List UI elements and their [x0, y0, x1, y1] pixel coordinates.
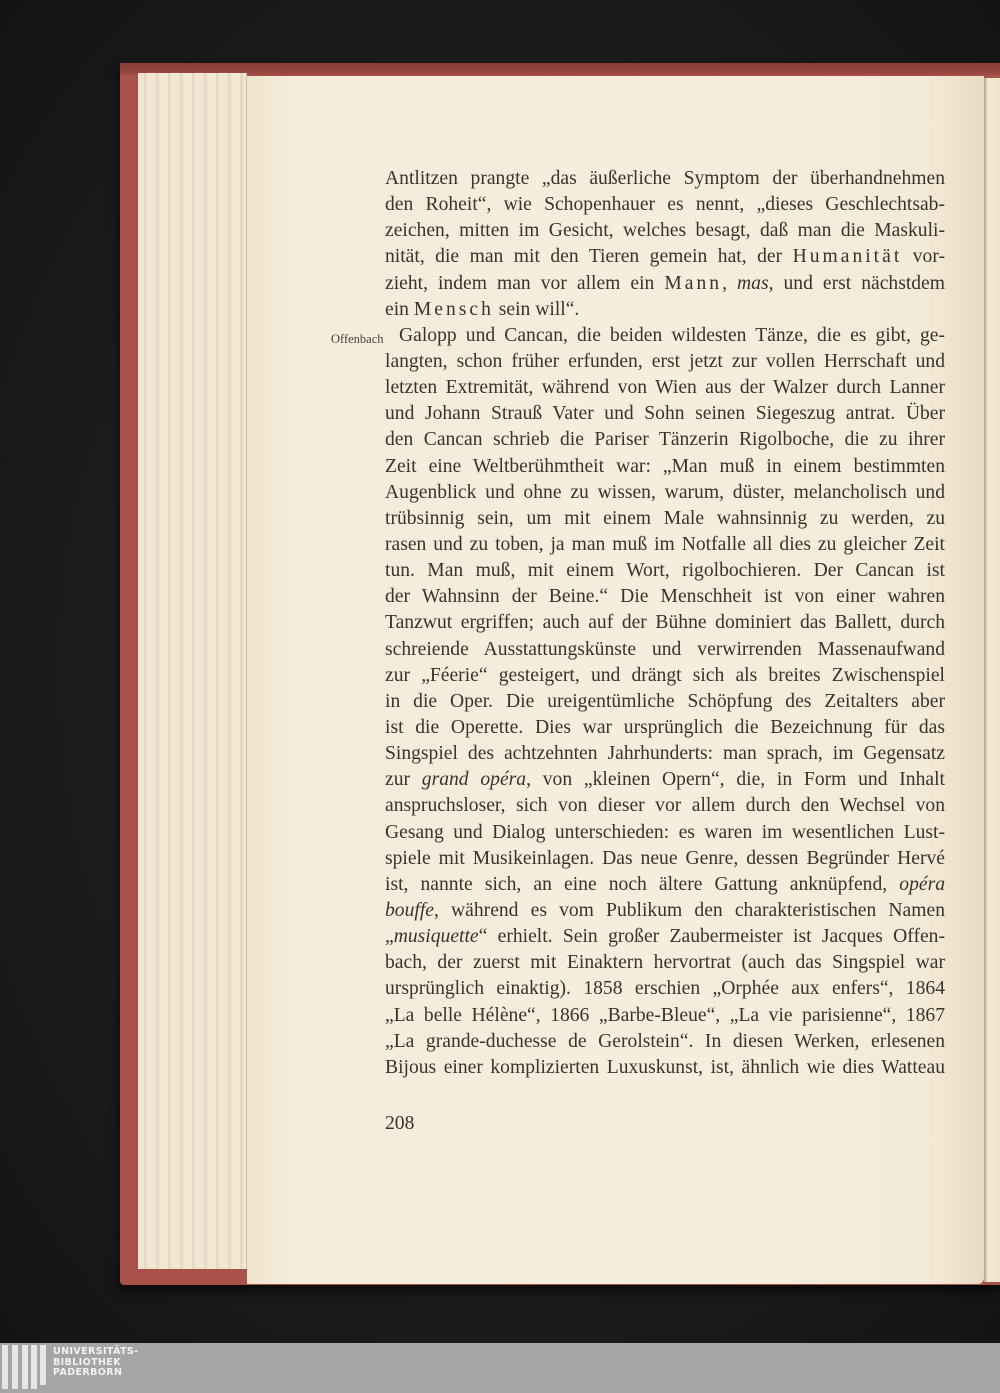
text-line: den Cancan schrieb die Pariser Tänzerin …: [385, 427, 945, 453]
body-text: Antlitzen prangte „das äußerliche Sympto…: [385, 166, 945, 1081]
text-line: zieht, indem man vor allem ein Mann, mas…: [385, 271, 945, 297]
text-line: rasen und zu toben, ja man muß im Notfal…: [385, 532, 945, 558]
logo-bar: [31, 1345, 37, 1389]
text-line: langten, schon früher erfunden, erst jet…: [385, 349, 945, 375]
text-segment: zur: [385, 769, 422, 790]
text-line: zur grand opéra, von „kleinen Opern“, di…: [385, 767, 945, 793]
text-line: schreiende Ausstattungskünste und verwir…: [385, 637, 945, 663]
page-block-edges: [138, 73, 247, 1269]
text-line: bouffe, während es vom Publikum den char…: [385, 898, 945, 924]
text-line: ist, nannte sich, an eine noch ältere Ga…: [385, 872, 945, 898]
margin-note: Offenbach: [331, 332, 384, 347]
text-segment: nität, die man mit den Tieren gemein hat…: [385, 246, 793, 267]
logo-text-line: PADERBORN: [53, 1368, 139, 1379]
text-line: Bijous einer komplizierten Luxuskunst, i…: [385, 1055, 945, 1081]
text-line: Tanzwut ergriffen; auch auf der Bühne do…: [385, 610, 945, 636]
text-segment: ist, nannte sich, an eine noch ältere Ga…: [385, 874, 899, 895]
spaced-word: Mann: [664, 273, 722, 294]
text-segment: sein will“.: [494, 299, 579, 320]
library-footer: UNIVERSITÄTS- BIBLIOTHEK PADERBORN: [0, 1343, 1000, 1393]
spaced-word: Mensch: [414, 299, 494, 320]
library-logo-text: UNIVERSITÄTS- BIBLIOTHEK PADERBORN: [53, 1347, 139, 1379]
italic-word: grand opéra: [422, 769, 526, 790]
text-segment: ,: [722, 273, 737, 294]
text-line: zur „Féerie“ gesteigert, und drängt sich…: [385, 663, 945, 689]
text-line: „La grande-duchesse de Gerolstein“. In d…: [385, 1029, 945, 1055]
text-line: ist die Operette. Dies war ursprünglich …: [385, 715, 945, 741]
paragraph-first-line: Galopp und Cancan, die beiden wildesten …: [385, 323, 945, 349]
text-segment: “ erhielt. Sein großer Zaubermeister ist…: [479, 926, 945, 947]
text-line: trübsinnig sein, um mit einem Male wahns…: [385, 506, 945, 532]
text-segment: , während es vom Publikum den charakteri…: [434, 900, 945, 921]
text-line: „musiquette“ erhielt. Sein großer Zauber…: [385, 924, 945, 950]
text-segment: , und erst nächstdem: [769, 273, 945, 294]
library-logo-icon: [2, 1345, 46, 1391]
text-line: den Roheit“, wie Schopenhauer es nennt, …: [385, 192, 945, 218]
text-line: ursprünglich einaktig). 1858 erschien „O…: [385, 976, 945, 1002]
text-line: letzten Extremität, während von Wien aus…: [385, 375, 945, 401]
italic-word: musiquette: [394, 926, 479, 947]
text-line: tun. Man muß, mit einem Wort, rigolbochi…: [385, 558, 945, 584]
text-line: ein Mensch sein will“.: [385, 297, 945, 323]
text-line: nität, die man mit den Tieren gemein hat…: [385, 244, 945, 270]
logo-bar: [40, 1345, 46, 1385]
text-line: zeichen, mitten im Gesicht, welches besa…: [385, 218, 945, 244]
logo-bar: [22, 1345, 28, 1389]
next-page-edge: [984, 78, 1000, 1282]
text-segment: vor-: [902, 246, 945, 267]
text-line: Gesang und Dialog unterschieden: es ware…: [385, 820, 945, 846]
text-line: bach, der zuerst mit Einaktern hervortra…: [385, 950, 945, 976]
italic-word: mas: [737, 273, 769, 294]
logo-text-line: UNIVERSITÄTS-: [53, 1347, 139, 1358]
text-line: in die Oper. Die ureigentümliche Schöpfu…: [385, 689, 945, 715]
italic-word: opéra: [899, 874, 945, 895]
italic-word: bouffe: [385, 900, 434, 921]
text-segment: , von „kleinen Opern“, die, in Form und …: [526, 769, 945, 790]
logo-bar: [2, 1345, 8, 1389]
text-segment: ein: [385, 299, 414, 320]
spaced-word: Humanität: [793, 246, 903, 267]
page-number: 208: [385, 1113, 414, 1135]
text-line: Zeit eine Weltberühmtheit war: „Man muß …: [385, 454, 945, 480]
text-line: spiele mit Musikeinlagen. Das neue Genre…: [385, 846, 945, 872]
text-line: Antlitzen prangte „das äußerliche Sympto…: [385, 166, 945, 192]
text-line: „La belle Hélène“, 1866 „Barbe-Bleue“, „…: [385, 1003, 945, 1029]
logo-bar: [12, 1345, 18, 1389]
text-line: der Wahnsinn der Beine.“ Die Menschheit …: [385, 584, 945, 610]
text-line: anspruchsloser, sich von dieser vor alle…: [385, 793, 945, 819]
text-line: Singspiel des achtzehnten Jahrhunderts: …: [385, 741, 945, 767]
text-line: und Johann Strauß Vater und Sohn seinen …: [385, 401, 945, 427]
text-line: Augenblick und ohne zu wissen, warum, dü…: [385, 480, 945, 506]
book-cover-top-edge: [120, 63, 1000, 75]
text-segment: „: [385, 926, 394, 947]
text-segment: zieht, indem man vor allem ein: [385, 273, 664, 294]
